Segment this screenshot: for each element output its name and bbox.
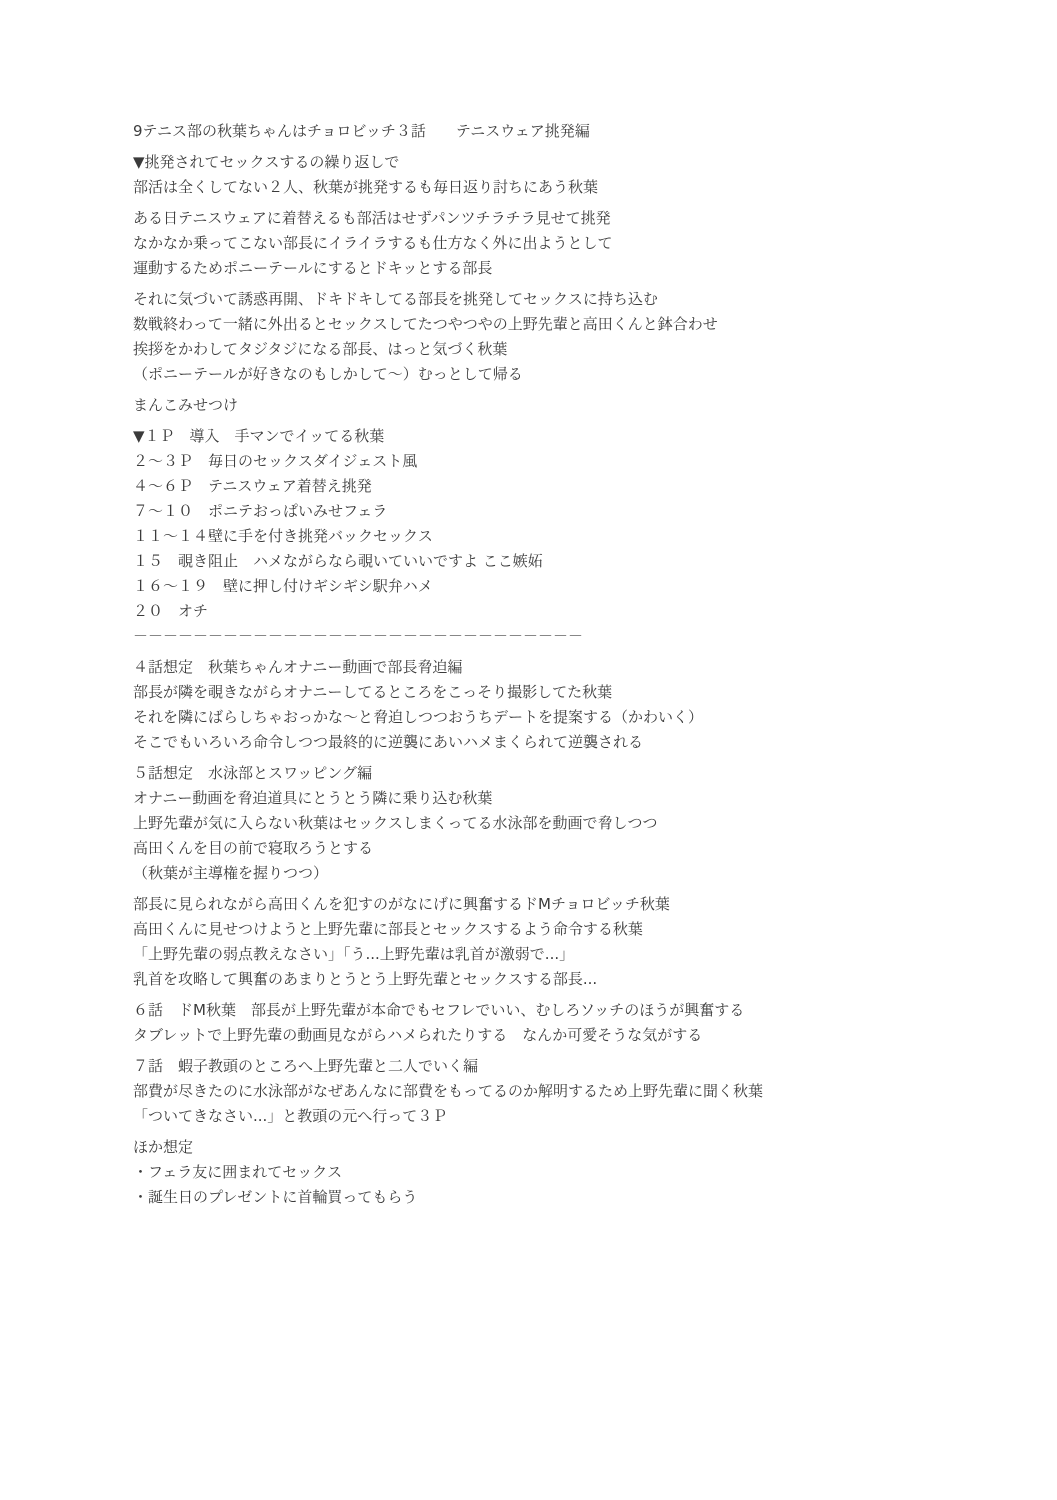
text-line: まんこみせつけ [133,393,973,418]
document-body: 9テニス部の秋葉ちゃんはチョロビッチ３話 テニスウェア挑発編▼挑発されてセックス… [133,119,973,1216]
paragraph: 部長に見られながら高田くんを犯すのがなにげに興奮するドMチョロビッチ秋葉高田くん… [133,892,973,992]
text-line: （秋葉が主導権を握りつつ） [133,861,973,886]
text-line: ▼挑発されてセックスするの繰り返しで [133,150,973,175]
text-line: ある日テニスウェアに着替えるも部活はせずパンツチラチラ見せて挑発 [133,206,973,231]
page-breakdown-list: ▼１Ｐ 導入 手マンでイッてる秋葉２～３Ｐ 毎日のセックスダイジェスト風４～６Ｐ… [133,424,973,649]
text-line: ▼１Ｐ 導入 手マンでイッてる秋葉 [133,424,973,449]
page: { "page": { "background": "#ffffff", "te… [0,0,1057,1500]
text-line: オナニー動画を脅迫道具にとうとう隣に乗り込む秋葉 [133,786,973,811]
text-line: 「ついてきなさい...」と教頭の元へ行って３Ｐ [133,1104,973,1129]
section-divider: －－－－－－－－－－－－－－－－－－－－－－－－－－－－－－ [133,624,973,649]
text-line: 挨拶をかわしてタジタジになる部長、はっと気づく秋葉 [133,337,973,362]
paragraph: ▼挑発されてセックスするの繰り返しで部活は全くしてない２人、秋葉が挑発するも毎日… [133,150,973,200]
text-line: タブレットで上野先輩の動画見ながらハメられたりする なんか可愛そうな気がする [133,1023,973,1048]
text-line: ７～１０ ポニテおっぱいみせフェラ [133,499,973,524]
paragraph: ７話 蝦子教頭のところへ上野先輩と二人でいく編部費が尽きたのに水泳部がなぜあんな… [133,1054,973,1129]
text-line: 9テニス部の秋葉ちゃんはチョロビッチ３話 テニスウェア挑発編 [133,119,973,144]
text-line: 高田くんを目の前で寝取ろうとする [133,836,973,861]
text-line: ５話想定 水泳部とスワッピング編 [133,761,973,786]
text-line: １５ 覗き阻止 ハメながらなら覗いていいですよ ここ嫉妬 [133,549,973,574]
text-line: 部活は全くしてない２人、秋葉が挑発するも毎日返り討ちにあう秋葉 [133,175,973,200]
text-line: （ポニーテールが好きなのもしかして～）むっとして帰る [133,362,973,387]
paragraph: まんこみせつけ [133,393,973,418]
text-line: 部費が尽きたのに水泳部がなぜあんなに部費をもってるのか解明するため上野先輩に聞く… [133,1079,973,1104]
paragraph: ４話想定 秋葉ちゃんオナニー動画で部長脅迫編部長が隣を覗きながらオナニーしてると… [133,655,973,755]
text-line: ７話 蝦子教頭のところへ上野先輩と二人でいく編 [133,1054,973,1079]
text-line: 部長が隣を覗きながらオナニーしてるところをこっそり撮影してた秋葉 [133,680,973,705]
text-line: ４～６Ｐ テニスウェア着替え挑発 [133,474,973,499]
text-line: 上野先輩が気に入らない秋葉はセックスしまくってる水泳部を動画で脅しつつ [133,811,973,836]
text-line: １６～１９ 壁に押し付けギシギシ駅弁ハメ [133,574,973,599]
text-line: それに気づいて誘惑再開、ドキドキしてる部長を挑発してセックスに持ち込む [133,287,973,312]
text-line: 高田くんに見せつけようと上野先輩に部長とセックスするよう命令する秋葉 [133,917,973,942]
text-line: 「上野先輩の弱点教えなさい」「う...上野先輩は乳首が激弱で...」 [133,942,973,967]
text-line: ２～３Ｐ 毎日のセックスダイジェスト風 [133,449,973,474]
text-line: １１～１４壁に手を付き挑発バックセックス [133,524,973,549]
text-line: そこでもいろいろ命令しつつ最終的に逆襲にあいハメまくられて逆襲される [133,730,973,755]
text-line: ２０ オチ [133,599,973,624]
paragraph: ６話 ドM秋葉 部長が上野先輩が本命でもセフレでいい、むしろソッチのほうが興奮す… [133,998,973,1048]
paragraph: ほか想定・フェラ友に囲まれてセックス・誕生日のプレゼントに首輪買ってもらう [133,1135,973,1210]
text-line: ４話想定 秋葉ちゃんオナニー動画で部長脅迫編 [133,655,973,680]
text-line: それを隣にばらしちゃおっかな～と脅迫しつつおうちデートを提案する（かわいく） [133,705,973,730]
paragraph: ある日テニスウェアに着替えるも部活はせずパンツチラチラ見せて挑発なかなか乗ってこ… [133,206,973,281]
text-line: ほか想定 [133,1135,973,1160]
document-title: 9テニス部の秋葉ちゃんはチョロビッチ３話 テニスウェア挑発編 [133,119,973,144]
text-line: なかなか乗ってこない部長にイライラするも仕方なく外に出ようとして [133,231,973,256]
text-line: ・誕生日のプレゼントに首輪買ってもらう [133,1185,973,1210]
text-line: ６話 ドM秋葉 部長が上野先輩が本命でもセフレでいい、むしろソッチのほうが興奮す… [133,998,973,1023]
paragraph: それに気づいて誘惑再開、ドキドキしてる部長を挑発してセックスに持ち込む数戦終わっ… [133,287,973,387]
text-line: ・フェラ友に囲まれてセックス [133,1160,973,1185]
paragraph: ５話想定 水泳部とスワッピング編オナニー動画を脅迫道具にとうとう隣に乗り込む秋葉… [133,761,973,886]
text-line: 乳首を攻略して興奮のあまりとうとう上野先輩とセックスする部長... [133,967,973,992]
text-line: 運動するためポニーテールにするとドキッとする部長 [133,256,973,281]
text-line: 数戦終わって一緒に外出るとセックスしてたつやつやの上野先輩と高田くんと鉢合わせ [133,312,973,337]
text-line: 部長に見られながら高田くんを犯すのがなにげに興奮するドMチョロビッチ秋葉 [133,892,973,917]
